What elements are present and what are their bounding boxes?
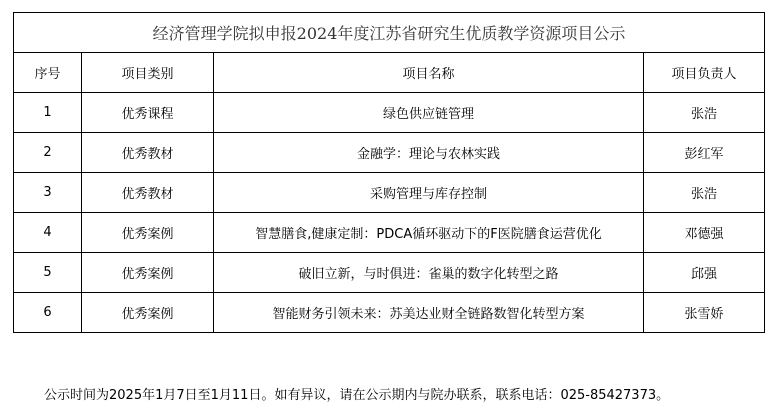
header-row: 序号 项目类别 项目名称 项目负责人: [14, 53, 765, 93]
cell-lead: 邱强: [644, 253, 765, 293]
project-table: 经济管理学院拟申报2024年度江苏省研究生优质教学资源项目公示 序号 项目类别 …: [13, 12, 765, 333]
table-row: 4 优秀案例 智慧膳食,健康定制：PDCA循环驱动下的F医院膳食运营优化 邓德强: [14, 213, 765, 253]
table-row: 2 优秀教材 金融学：理论与农林实践 彭红军: [14, 133, 765, 173]
header-name: 项目名称: [214, 53, 644, 93]
cell-lead: 彭红军: [644, 133, 765, 173]
table-row: 3 优秀教材 采购管理与库存控制 张浩: [14, 173, 765, 213]
cell-category: 优秀案例: [82, 213, 214, 253]
cell-name: 绿色供应链管理: [214, 93, 644, 133]
cell-no: 3: [14, 173, 82, 213]
cell-category: 优秀案例: [82, 253, 214, 293]
cell-no: 4: [14, 213, 82, 253]
cell-lead: 张雪娇: [644, 293, 765, 333]
header-category: 项目类别: [82, 53, 214, 93]
cell-category: 优秀教材: [82, 173, 214, 213]
cell-name: 采购管理与库存控制: [214, 173, 644, 213]
table-row: 1 优秀课程 绿色供应链管理 张浩: [14, 93, 765, 133]
cell-name: 金融学：理论与农林实践: [214, 133, 644, 173]
cell-lead: 张浩: [644, 173, 765, 213]
cell-lead: 邓德强: [644, 213, 765, 253]
cell-no: 2: [14, 133, 82, 173]
table-row: 5 优秀案例 破旧立新，与时俱进：雀巢的数字化转型之路 邱强: [14, 253, 765, 293]
notice-footer: 公示时间为2025年1月7日至1月11日。如有异议，请在公示期内与院办联系，联系…: [44, 384, 669, 403]
cell-lead: 张浩: [644, 93, 765, 133]
cell-name: 破旧立新，与时俱进：雀巢的数字化转型之路: [214, 253, 644, 293]
cell-category: 优秀教材: [82, 133, 214, 173]
cell-name: 智慧膳食,健康定制：PDCA循环驱动下的F医院膳食运营优化: [214, 213, 644, 253]
cell-category: 优秀案例: [82, 293, 214, 333]
cell-no: 5: [14, 253, 82, 293]
table-title: 经济管理学院拟申报2024年度江苏省研究生优质教学资源项目公示: [14, 13, 765, 53]
cell-no: 1: [14, 93, 82, 133]
header-no: 序号: [14, 53, 82, 93]
header-lead: 项目负责人: [644, 53, 765, 93]
cell-category: 优秀课程: [82, 93, 214, 133]
cell-no: 6: [14, 293, 82, 333]
cell-name: 智能财务引领未来：苏美达业财全链路数智化转型方案: [214, 293, 644, 333]
table-row: 6 优秀案例 智能财务引领未来：苏美达业财全链路数智化转型方案 张雪娇: [14, 293, 765, 333]
